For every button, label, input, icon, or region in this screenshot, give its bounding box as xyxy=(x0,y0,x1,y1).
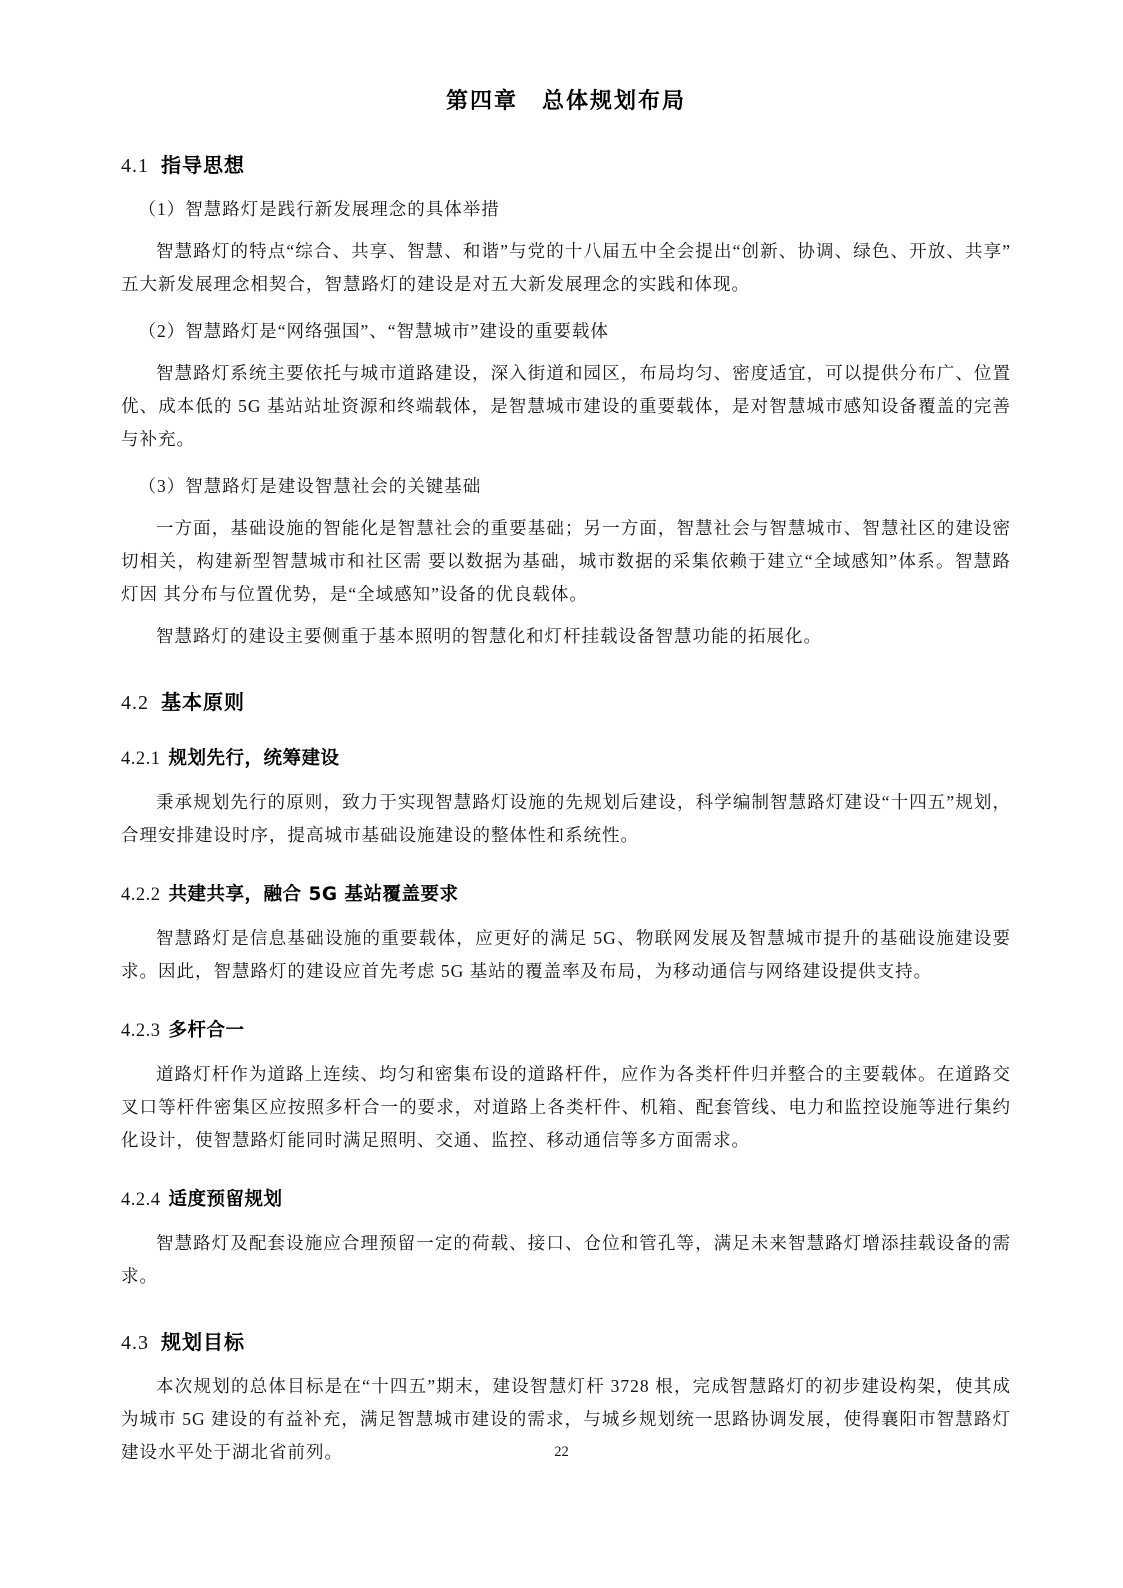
paragraph: 秉承规划先行的原则，致力于实现智慧路灯设施的先规划后建设，科学编制智慧路灯建设“… xyxy=(121,786,1011,852)
subsection-heading-4-2-2: 4.2.2共建共享，融合 5G 基站覆盖要求 xyxy=(121,882,1011,908)
paragraph: 一方面，基础设施的智能化是智慧社会的重要基础；另一方面，智慧社会与智慧城市、智慧… xyxy=(121,512,1011,611)
subsection-number: 4.2.3 xyxy=(121,1021,161,1041)
subsection-number: 4.2.2 xyxy=(121,885,161,905)
list-item-1: （1）智慧路灯是践行新发展理念的具体举措 xyxy=(121,193,1011,226)
paragraph: 智慧路灯系统主要依托与城市道路建设，深入街道和园区，布局均匀、密度适宜，可以提供… xyxy=(121,357,1011,456)
document-page: 第四章 总体规划布局 4.1指导思想 （1）智慧路灯是践行新发展理念的具体举措 … xyxy=(0,0,1123,1588)
subsection-title: 适度预留规划 xyxy=(169,1189,283,1210)
subsection-title: 多杆合一 xyxy=(169,1020,245,1041)
subsection-title: 规划先行，统筹建设 xyxy=(169,748,340,769)
subsection-number: 4.2.1 xyxy=(121,749,161,769)
section-number: 4.2 xyxy=(121,692,149,714)
section-number: 4.3 xyxy=(121,1332,149,1354)
subsection-heading-4-2-1: 4.2.1规划先行，统筹建设 xyxy=(121,746,1011,772)
subsection-heading-4-2-4: 4.2.4适度预留规划 xyxy=(121,1187,1011,1213)
section-title: 指导思想 xyxy=(161,153,245,177)
section-heading-4-1: 4.1指导思想 xyxy=(121,152,1011,179)
paragraph: 智慧路灯及配套设施应合理预留一定的荷载、接口、仓位和管孔等，满足未来智慧路灯增添… xyxy=(121,1227,1011,1293)
paragraph: 智慧路灯是信息基础设施的重要载体，应更好的满足 5G、物联网发展及智慧城市提升的… xyxy=(121,922,1011,988)
chapter-title: 第四章 总体规划布局 xyxy=(121,88,1011,116)
section-heading-4-2: 4.2基本原则 xyxy=(121,689,1011,716)
section-heading-4-3: 4.3规划目标 xyxy=(121,1329,1011,1356)
section-title: 规划目标 xyxy=(161,1330,245,1354)
paragraph: 智慧路灯的特点“综合、共享、智慧、和谐”与党的十八届五中全会提出“创新、协调、绿… xyxy=(121,235,1011,301)
paragraph: 智慧路灯的建设主要侧重于基本照明的智慧化和灯杆挂载设备智慧功能的拓展化。 xyxy=(121,620,1011,653)
subsection-number: 4.2.4 xyxy=(121,1190,161,1210)
section-number: 4.1 xyxy=(121,155,149,177)
subsection-title: 共建共享，融合 5G 基站覆盖要求 xyxy=(169,884,459,905)
list-item-3: （3）智慧路灯是建设智慧社会的关键基础 xyxy=(121,470,1011,503)
paragraph: 道路灯杆作为道路上连续、均匀和密集布设的道路杆件，应作为各类杆件归并整合的主要载… xyxy=(121,1058,1011,1157)
list-item-2: （2）智慧路灯是“网络强国”、“智慧城市”建设的重要载体 xyxy=(121,315,1011,348)
subsection-heading-4-2-3: 4.2.3多杆合一 xyxy=(121,1018,1011,1044)
section-title: 基本原则 xyxy=(161,690,245,714)
page-number: 22 xyxy=(0,1444,1123,1461)
